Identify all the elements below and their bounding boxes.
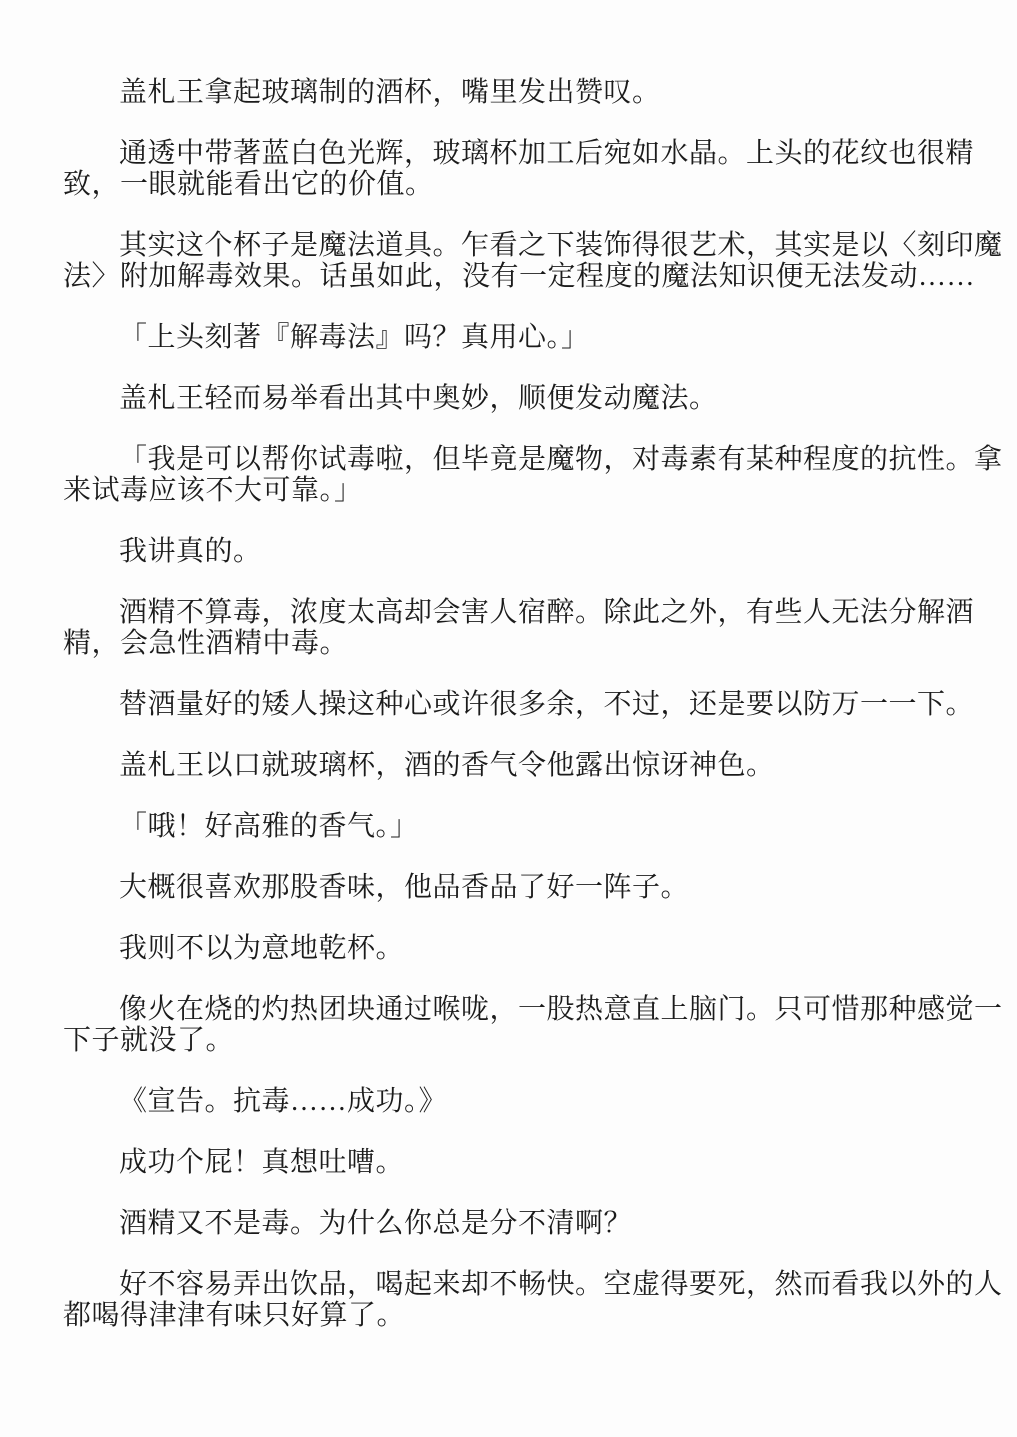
paragraph-dialogue: 「哦！好高雅的香气。」: [63, 811, 959, 842]
paragraph-line: 成功个屁！真想吐嘈。: [63, 1147, 959, 1178]
paragraph-line: 其实这个杯子是魔法道具。乍看之下装饰得很艺术，其实是以〈刻印魔: [63, 230, 959, 261]
paragraph: 酒精又不是毒。为什么你总是分不清啊？: [63, 1208, 959, 1239]
paragraph-line: 来试毒应该不大可靠。」: [63, 475, 959, 506]
paragraph: 我讲真的。: [63, 536, 959, 567]
paragraph: 大概很喜欢那股香味，他品香品了好一阵子。: [63, 872, 959, 903]
paragraph: 好不容易弄出饮品，喝起来却不畅快。空虚得要死，然而看我以外的人 都喝得津津有味只…: [63, 1269, 959, 1331]
paragraph-dialogue: 「上头刻著『解毒法』吗？真用心。」: [63, 322, 959, 353]
paragraph: 盖札王以口就玻璃杯，酒的香气令他露出惊讶神色。: [63, 750, 959, 781]
paragraph-line: 酒精不算毒，浓度太高却会害人宿醉。除此之外，有些人无法分解酒: [63, 597, 959, 628]
paragraph-line: 精，会急性酒精中毒。: [63, 628, 959, 659]
paragraph-line: 法〉附加解毒效果。话虽如此，没有一定程度的魔法知识便无法发动……: [63, 261, 959, 292]
paragraph: 酒精不算毒，浓度太高却会害人宿醉。除此之外，有些人无法分解酒 精，会急性酒精中毒…: [63, 597, 959, 659]
paragraph-line: 盖札王以口就玻璃杯，酒的香气令他露出惊讶神色。: [63, 750, 959, 781]
paragraph-line: 酒精又不是毒。为什么你总是分不清啊？: [63, 1208, 959, 1239]
paragraph-line: 都喝得津津有味只好算了。: [63, 1300, 959, 1331]
paragraph-line: 好不容易弄出饮品，喝起来却不畅快。空虚得要死，然而看我以外的人: [63, 1269, 959, 1300]
paragraph-line: 「我是可以帮你试毒啦，但毕竟是魔物，对毒素有某种程度的抗性。拿: [63, 444, 959, 475]
paragraph-dialogue: 「我是可以帮你试毒啦，但毕竟是魔物，对毒素有某种程度的抗性。拿 来试毒应该不大可…: [63, 444, 959, 506]
paragraph-line: 像火在烧的灼热团块通过喉咙，一股热意直上脑门。只可惜那种感觉一: [63, 994, 959, 1025]
paragraph: 替酒量好的矮人操这种心或许很多余，不过，还是要以防万一一下。: [63, 689, 959, 720]
paragraph-line: 通透中带著蓝白色光辉，玻璃杯加工后宛如水晶。上头的花纹也很精: [63, 138, 959, 169]
paragraph-line: 「哦！好高雅的香气。」: [63, 811, 959, 842]
paragraph-line: 我则不以为意地乾杯。: [63, 933, 959, 964]
paragraph: 成功个屁！真想吐嘈。: [63, 1147, 959, 1178]
paragraph: 像火在烧的灼热团块通过喉咙，一股热意直上脑门。只可惜那种感觉一 下子就没了。: [63, 994, 959, 1056]
paragraph-line: 「上头刻著『解毒法』吗？真用心。」: [63, 322, 959, 353]
paragraph-line: 《宣告。抗毒……成功。》: [63, 1086, 959, 1117]
paragraph-line: 大概很喜欢那股香味，他品香品了好一阵子。: [63, 872, 959, 903]
paragraph: 通透中带著蓝白色光辉，玻璃杯加工后宛如水晶。上头的花纹也很精 致，一眼就能看出它…: [63, 138, 959, 200]
paragraph: 盖札王轻而易举看出其中奥妙，顺便发动魔法。: [63, 383, 959, 414]
paragraph-line: 盖札王轻而易举看出其中奥妙，顺便发动魔法。: [63, 383, 959, 414]
paragraph-line: 我讲真的。: [63, 536, 959, 567]
paragraph: 盖札王拿起玻璃制的酒杯，嘴里发出赞叹。: [63, 77, 959, 108]
paragraph-line: 致，一眼就能看出它的价值。: [63, 169, 959, 200]
paragraph: 我则不以为意地乾杯。: [63, 933, 959, 964]
paragraph: 其实这个杯子是魔法道具。乍看之下装饰得很艺术，其实是以〈刻印魔 法〉附加解毒效果…: [63, 230, 959, 292]
paragraph-system-announcement: 《宣告。抗毒……成功。》: [63, 1086, 959, 1117]
novel-page: 盖札王拿起玻璃制的酒杯，嘴里发出赞叹。 通透中带著蓝白色光辉，玻璃杯加工后宛如水…: [0, 0, 1017, 1437]
paragraph-line: 下子就没了。: [63, 1025, 959, 1056]
paragraph-line: 盖札王拿起玻璃制的酒杯，嘴里发出赞叹。: [63, 77, 959, 108]
paragraph-line: 替酒量好的矮人操这种心或许很多余，不过，还是要以防万一一下。: [63, 689, 959, 720]
